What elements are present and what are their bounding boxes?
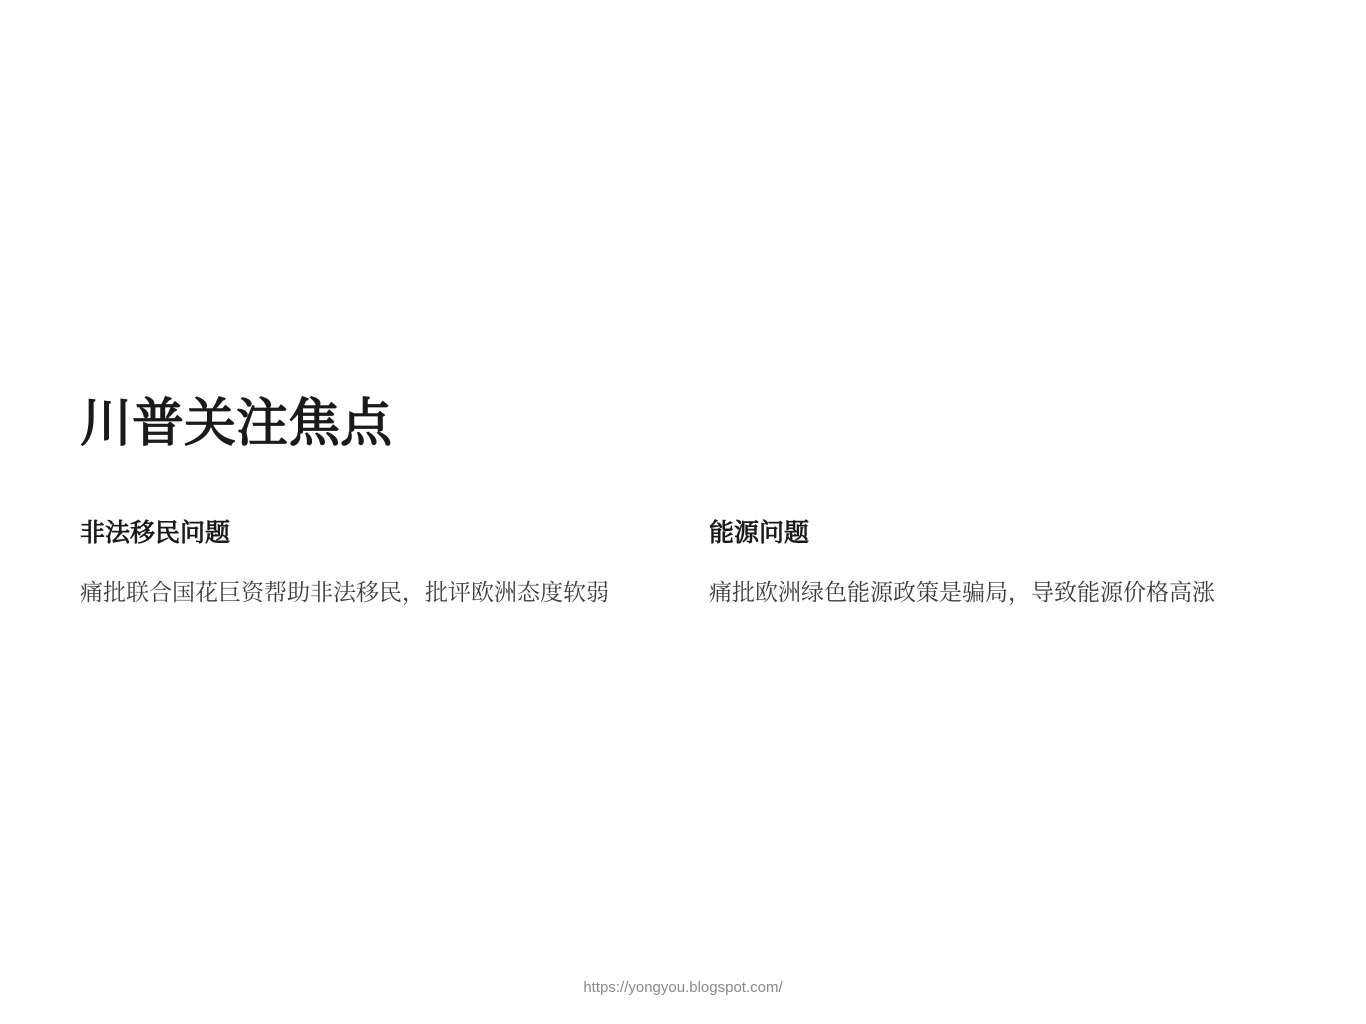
section-heading: 非法移民问题 [80,519,657,548]
presentation-slide: 川普关注焦点 非法移民问题 痛批联合国花巨资帮助非法移民，批评欧洲态度软弱 能源… [0,0,1366,1024]
footer-url: https://yongyou.blogspot.com/ [0,979,1366,996]
slide-title: 川普关注焦点 [80,396,392,453]
section-body: 痛批欧洲绿色能源政策是骗局，导致能源价格高涨 [709,576,1286,608]
section-heading: 能源问题 [709,519,1286,548]
section-illegal-immigration: 非法移民问题 痛批联合国花巨资帮助非法移民，批评欧洲态度软弱 [80,519,657,608]
section-energy: 能源问题 痛批欧洲绿色能源政策是骗局，导致能源价格高涨 [709,519,1286,608]
section-body: 痛批联合国花巨资帮助非法移民，批评欧洲态度软弱 [80,576,657,608]
content-columns: 非法移民问题 痛批联合国花巨资帮助非法移民，批评欧洲态度软弱 能源问题 痛批欧洲… [80,519,1286,608]
